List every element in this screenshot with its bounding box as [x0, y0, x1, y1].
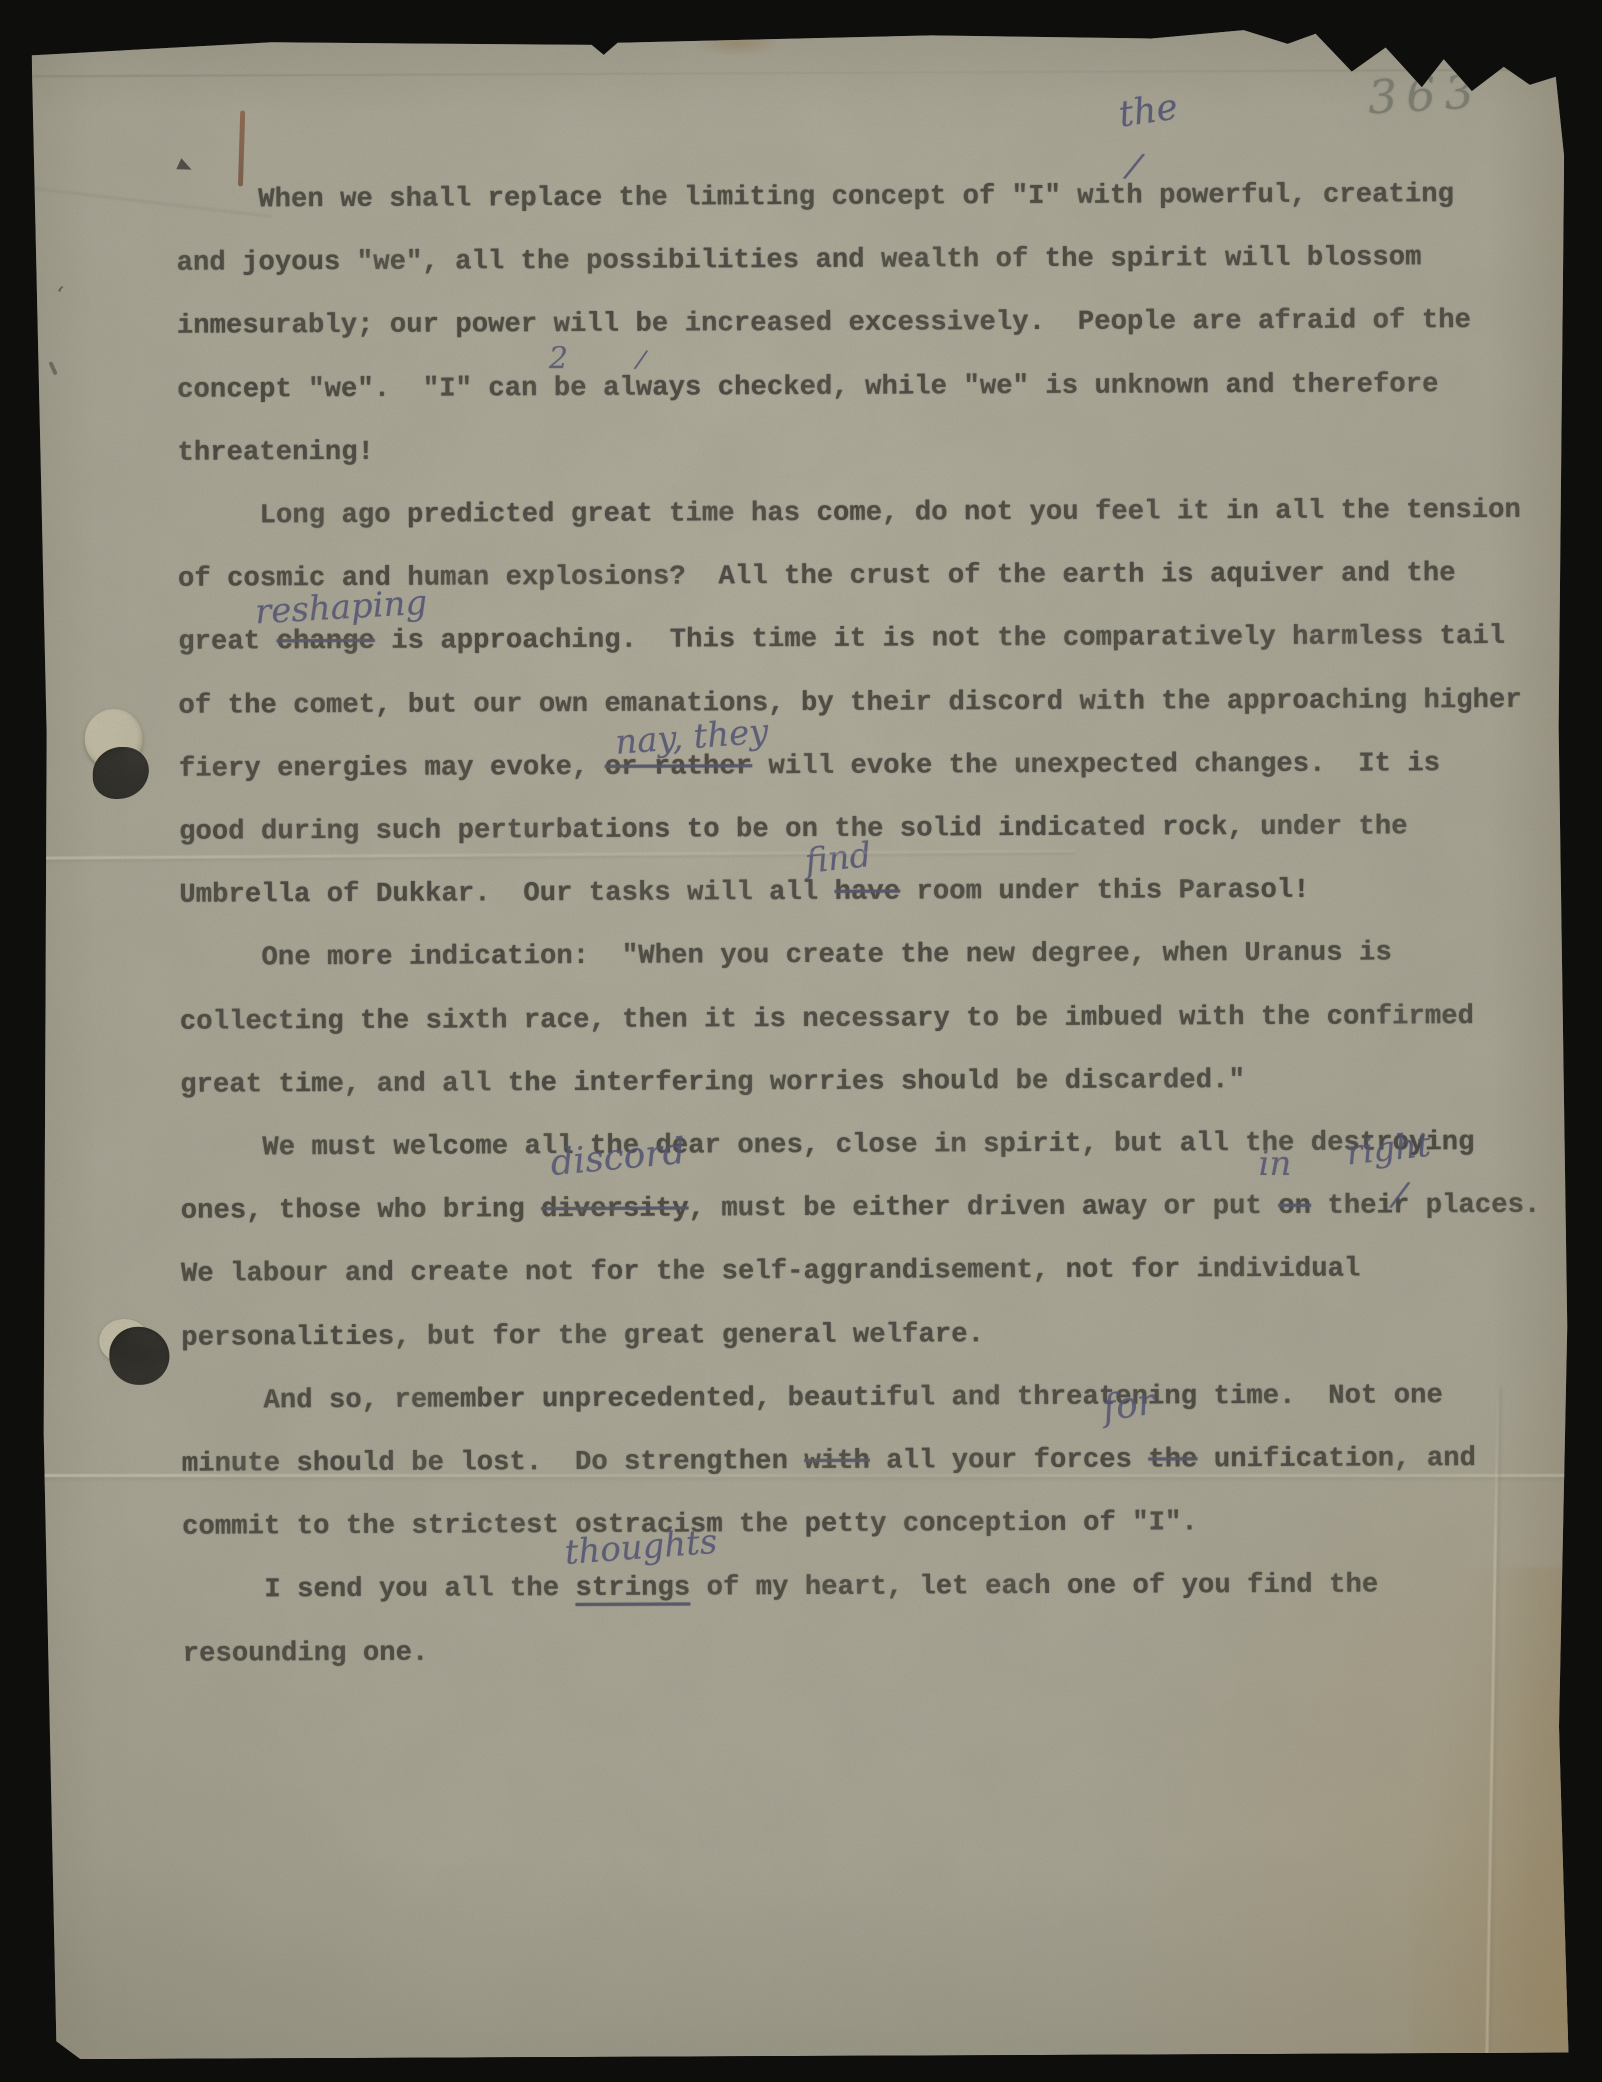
typed-text: of the comet, but our own emanations, by… [178, 684, 1521, 721]
typed-text: , must be either driven away or put [688, 1191, 1278, 1225]
struck-out-text: diversity [541, 1194, 689, 1226]
typed-line: One more indication: "When you create th… [180, 938, 1392, 974]
typed-line: concept "we". "I" can be always checked,… [177, 369, 1438, 406]
handwritten-annotation: the [1116, 87, 1180, 136]
typed-line: personalities, but for the great general… [181, 1319, 984, 1354]
punch-hole-bottom [109, 1327, 169, 1385]
paper-crease [32, 69, 1564, 78]
ink-smudge [238, 110, 245, 186]
struck-out-text: have [835, 877, 901, 908]
paper-fold-line [38, 1474, 1570, 1477]
typed-line: ones, those who bring diversity, must be… [181, 1190, 1541, 1227]
paper-sheet: 363 When we shall replace the limiting c… [32, 27, 1573, 2060]
typed-line: great change is approaching. This time i… [178, 621, 1505, 658]
underlined-text: strings [575, 1573, 690, 1605]
typed-line: When we shall replace the limiting conce… [176, 179, 1454, 216]
struck-out-text: on [1278, 1191, 1311, 1222]
typed-text: is approaching. This time it is not the … [375, 621, 1505, 657]
typed-text: their places. [1311, 1190, 1540, 1222]
typed-line: fiery energies may evoke, or rather will… [179, 748, 1440, 785]
typed-line: Umbrella of Dukkar. Our tasks will all h… [179, 875, 1309, 911]
struck-out-text: change [276, 626, 374, 657]
punch-hole-top [93, 747, 149, 799]
margin-mark [48, 361, 57, 375]
typed-text: Long ago predicted great time has come, … [178, 495, 1521, 532]
typed-line: We labour and create not for the self-ag… [181, 1254, 1361, 1290]
typed-line: of the comet, but our own emanations, by… [178, 684, 1521, 721]
typed-text: We labour and create not for the self-ag… [181, 1254, 1361, 1290]
handwritten-annotation: 2 [549, 341, 568, 376]
paper-crease [35, 849, 1075, 859]
paper-stain [1410, 1567, 1572, 2054]
typed-text: fiery energies may evoke, [179, 752, 605, 785]
struck-out-text: with [804, 1446, 870, 1477]
typed-text: great time, and all the interfering worr… [180, 1065, 1245, 1101]
typed-text: and joyous "we", all the possibilities a… [177, 242, 1422, 278]
struck-out-text: the [1148, 1444, 1197, 1475]
typed-text: all your forces [870, 1444, 1149, 1476]
typed-line: and joyous "we", all the possibilities a… [177, 242, 1422, 278]
typed-text: resounding one. [183, 1637, 429, 1669]
typed-line: good during such perturbations to be on … [179, 811, 1408, 847]
typed-line: Long ago predicted great time has come, … [178, 495, 1521, 532]
typed-text: of my heart, let each one of you find th… [690, 1570, 1378, 1604]
typed-text: personalities, but for the great general… [181, 1319, 984, 1354]
pencil-page-number: 363 [1366, 64, 1484, 124]
typed-line: I send you all the strings of my heart, … [182, 1570, 1378, 1606]
handwritten-annotation: find [803, 835, 873, 882]
handwritten-annotation: right [1344, 1125, 1432, 1174]
paper-stain [692, 30, 782, 56]
typed-text: I send you all the [182, 1573, 575, 1606]
handwritten-annotation: ∕ [635, 345, 647, 374]
typed-text: ones, those who bring [181, 1194, 542, 1227]
typed-text: collecting the sixth race, then it is ne… [180, 1001, 1474, 1038]
typed-line: resounding one. [183, 1637, 429, 1669]
typed-line: inmesurably; our power will be increased… [177, 305, 1471, 342]
typed-text: good during such perturbations to be on … [179, 811, 1408, 847]
ink-blot [176, 158, 194, 175]
typed-text: will evoke the unexpected changes. It is [752, 748, 1440, 782]
handwriting-layer: the∕2∕reshapingnay, theyfinddiscordinrig… [32, 27, 1564, 34]
handwritten-annotation: in [1258, 1144, 1291, 1184]
typed-text-layer: When we shall replace the limiting conce… [32, 27, 1564, 34]
typed-line: great time, and all the interfering worr… [180, 1065, 1245, 1101]
typed-text: concept "we". "I" can be always checked,… [177, 369, 1438, 406]
typed-text: Umbrella of Dukkar. Our tasks will all [179, 877, 834, 911]
margin-mark: ʻ [52, 281, 66, 310]
typed-line: threatening! [177, 437, 374, 469]
typed-line: collecting the sixth race, then it is ne… [180, 1001, 1474, 1038]
typed-text: And so, remember unprecedented, beautifu… [181, 1380, 1442, 1417]
typed-text: room under this Parasol! [900, 875, 1310, 908]
typed-text: unification, and [1197, 1443, 1476, 1475]
typed-text: When we shall replace the limiting conce… [176, 179, 1454, 216]
typed-line: And so, remember unprecedented, beautifu… [181, 1380, 1442, 1417]
typed-text: inmesurably; our power will be increased… [177, 305, 1471, 342]
typed-text: One more indication: "When you create th… [180, 938, 1392, 974]
handwritten-annotation: for [1100, 1382, 1158, 1430]
typed-text: threatening! [177, 437, 374, 469]
scanned-document-page: 363 When we shall replace the limiting c… [0, 0, 1602, 2082]
